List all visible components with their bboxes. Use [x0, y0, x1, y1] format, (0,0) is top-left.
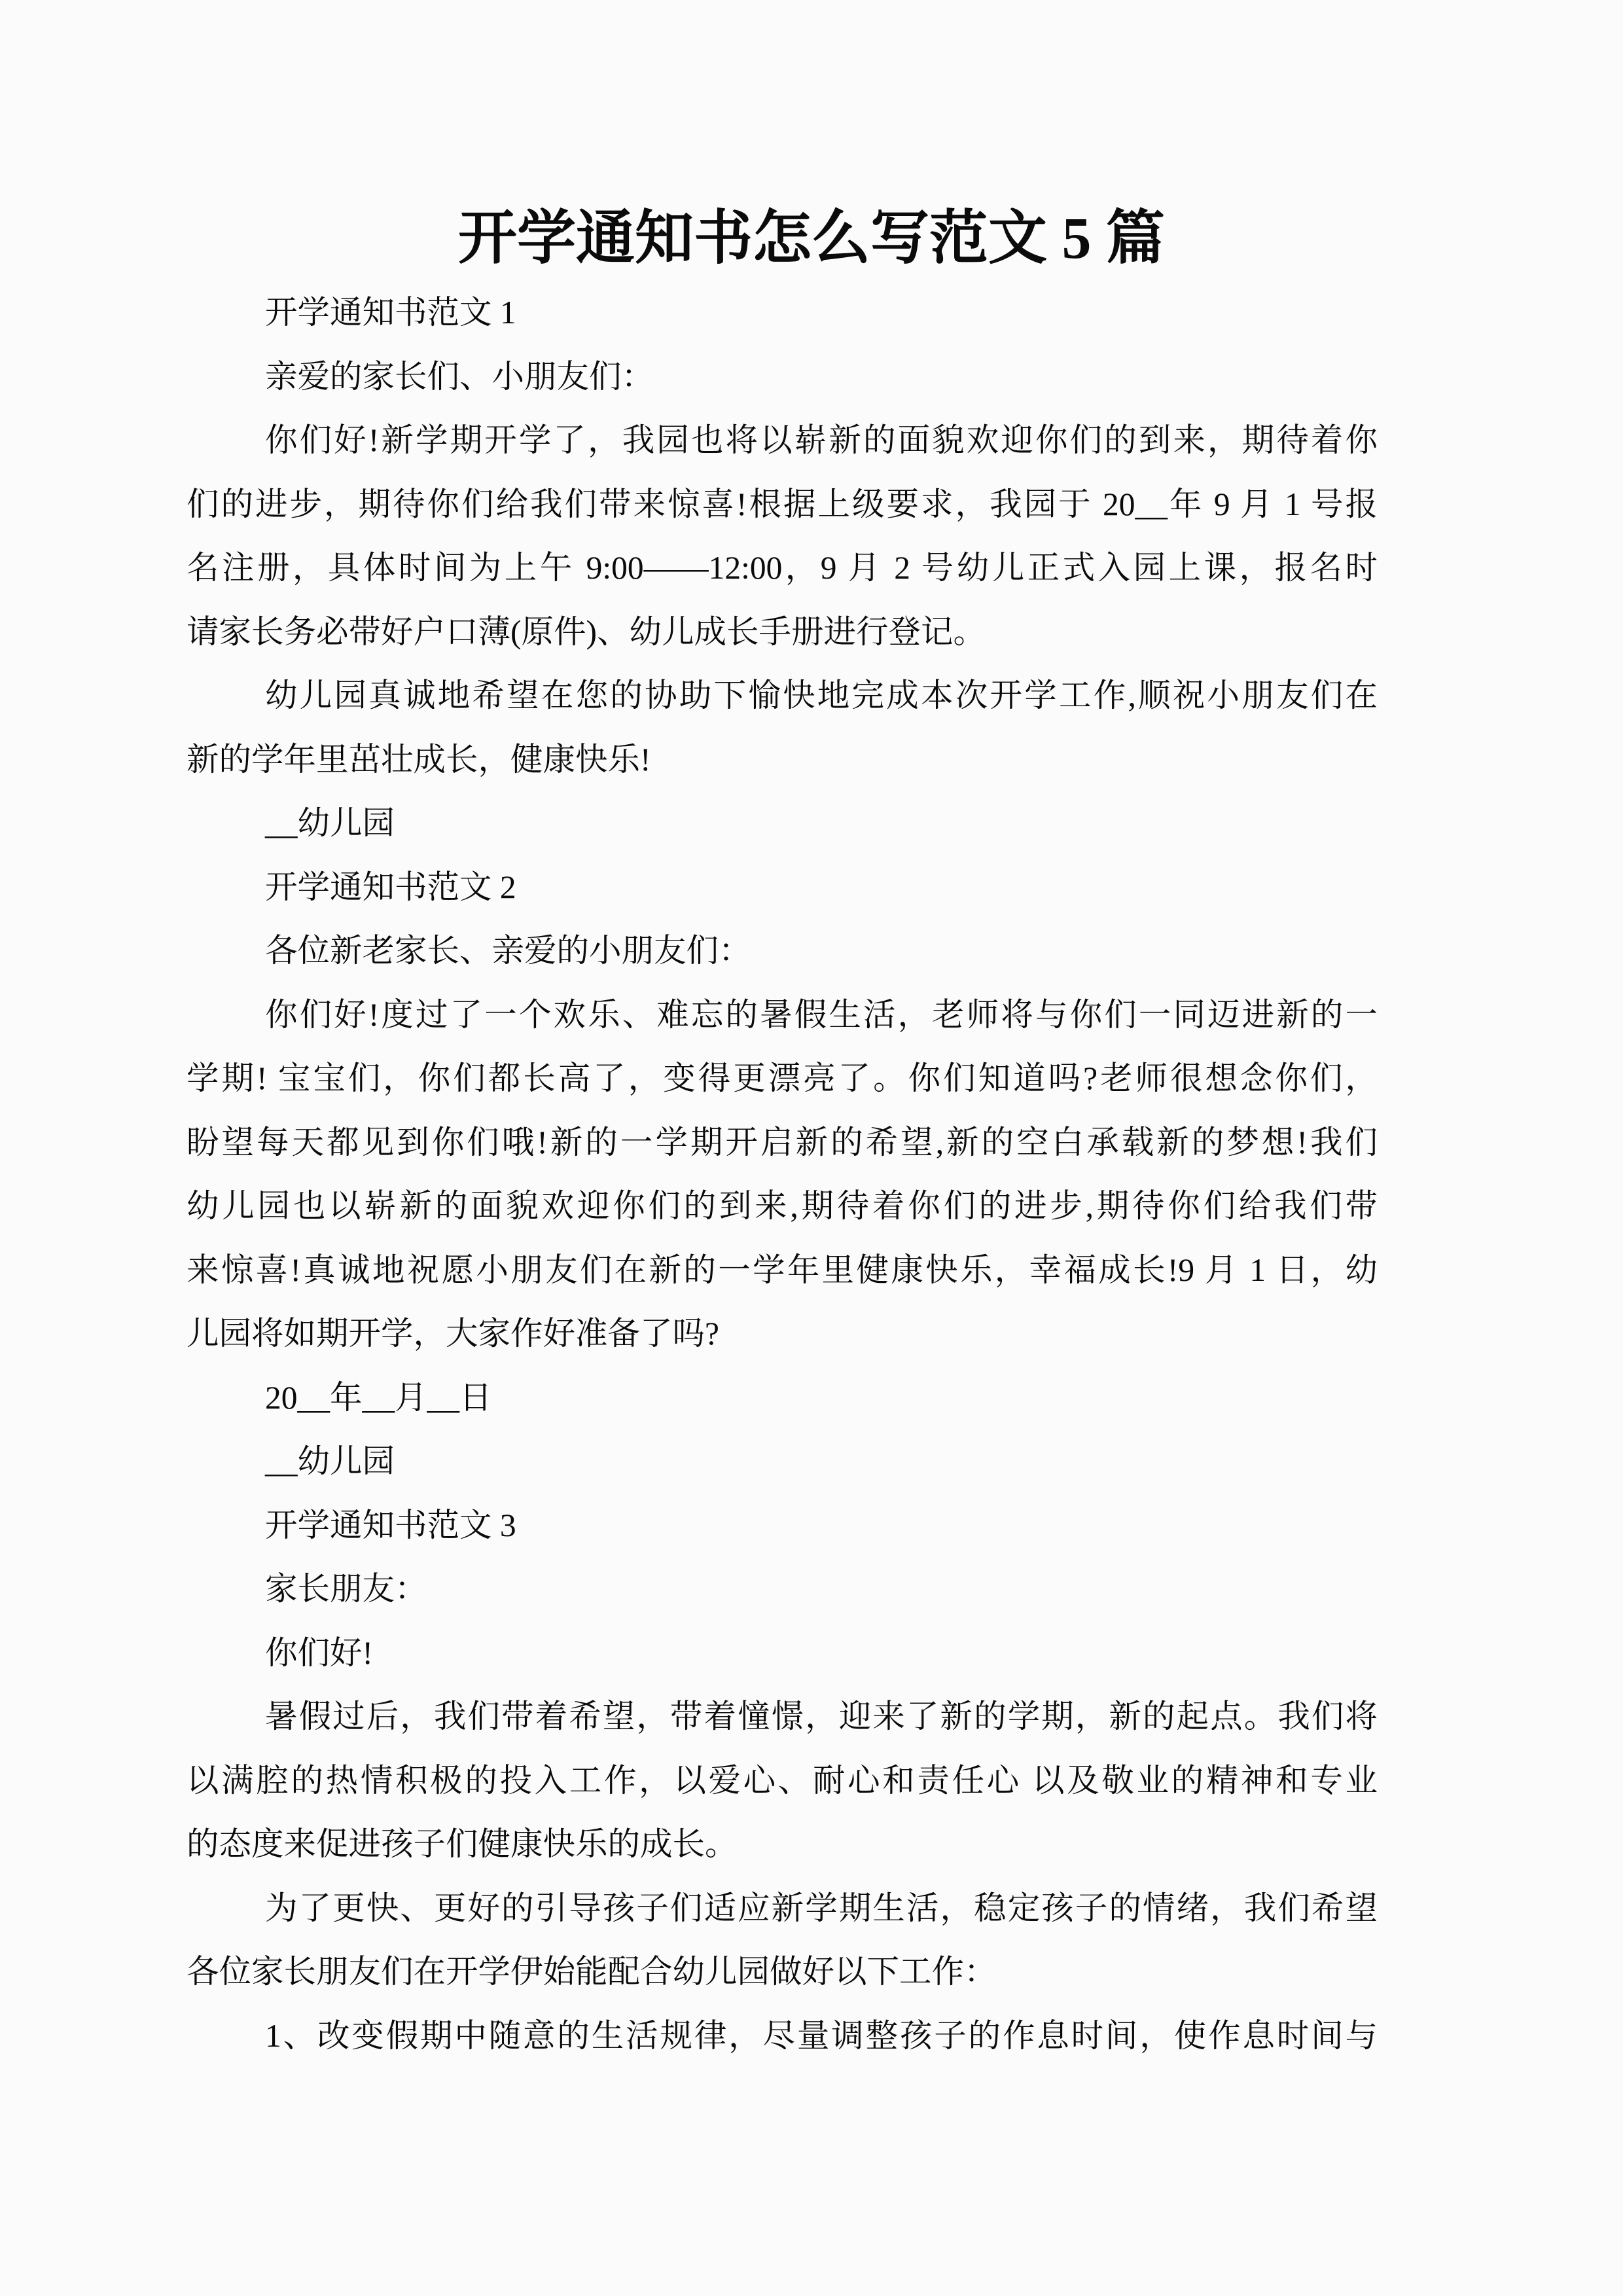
document-page: 开学通知书怎么写范文 5 篇 开学通知书范文 1亲爱的家长们、小朋友们：你们好!… — [0, 0, 1623, 2296]
text-line: 20__年__月__日 — [187, 1366, 1378, 1430]
text-line: 以满腔的热情积极的投入工作，以爱心、耐心和责任心 以及敬业的精神和专业 — [187, 1749, 1378, 1813]
text-line: 为了更快、更好的引导孩子们适应新学期生活，稳定孩子的情绪，我们希望 — [187, 1876, 1378, 1941]
text-line: 开学通知书范文 1 — [187, 281, 1378, 345]
text-line: __幼儿园 — [187, 1429, 1378, 1494]
text-line: 开学通知书范文 3 — [187, 1494, 1378, 1558]
text-line: 家长朋友： — [187, 1557, 1378, 1621]
text-line: 的态度来促进孩子们健康快乐的成长。 — [187, 1812, 1378, 1876]
text-line: 各位家长朋友们在开学伊始能配合幼儿园做好以下工作： — [187, 1940, 1378, 2004]
text-line: 幼儿园真诚地希望在您的协助下愉快地完成本次开学工作,顺祝小朋友们在 — [187, 664, 1378, 728]
text-line: 各位新老家长、亲爱的小朋友们： — [187, 919, 1378, 983]
text-line: 们的进步，期待你们给我们带来惊喜!根据上级要求，我园于 20__年 9 月 1 … — [187, 473, 1378, 537]
text-line: 你们好!度过了一个欢乐、难忘的暑假生活，老师将与你们一同迈进新的一 — [187, 983, 1378, 1047]
text-line: 新的学年里茁壮成长，健康快乐! — [187, 728, 1378, 792]
text-line: 你们好! — [187, 1621, 1378, 1685]
text-line: 请家长务必带好户口薄(原件)、幼儿成长手册进行登记。 — [187, 600, 1378, 664]
text-line: 儿园将如期开学，大家作好准备了吗? — [187, 1302, 1378, 1366]
text-line: 你们好!新学期开学了，我园也将以崭新的面貌欢迎你们的到来，期待着你 — [187, 408, 1378, 473]
text-line: 学期! 宝宝们，你们都长高了，变得更漂亮了。你们知道吗?老师很想念你们， — [187, 1047, 1378, 1111]
text-line: 幼儿园也以崭新的面貌欢迎你们的到来,期待着你们的进步,期待你们给我们带 — [187, 1174, 1378, 1238]
text-line: 名注册，具体时间为上午 9:00——12:00，9 月 2 号幼儿正式入园上课，… — [187, 536, 1378, 600]
document-title: 开学通知书怎么写范文 5 篇 — [0, 200, 1623, 278]
text-line: 暑假过后，我们带着希望，带着憧憬，迎来了新的学期，新的起点。我们将 — [187, 1685, 1378, 1749]
document-body: 开学通知书范文 1亲爱的家长们、小朋友们：你们好!新学期开学了，我园也将以崭新的… — [187, 281, 1378, 2068]
text-line: 亲爱的家长们、小朋友们： — [187, 345, 1378, 409]
text-line: __幼儿园 — [187, 791, 1378, 855]
text-line: 1、改变假期中随意的生活规律，尽量调整孩子的作息时间，使作息时间与 — [187, 2004, 1378, 2068]
text-line: 来惊喜!真诚地祝愿小朋友们在新的一学年里健康快乐，幸福成长!9 月 1 日，幼 — [187, 1238, 1378, 1302]
text-line: 开学通知书范文 2 — [187, 855, 1378, 920]
text-line: 盼望每天都见到你们哦!新的一学期开启新的希望,新的空白承载新的梦想!我们 — [187, 1111, 1378, 1175]
